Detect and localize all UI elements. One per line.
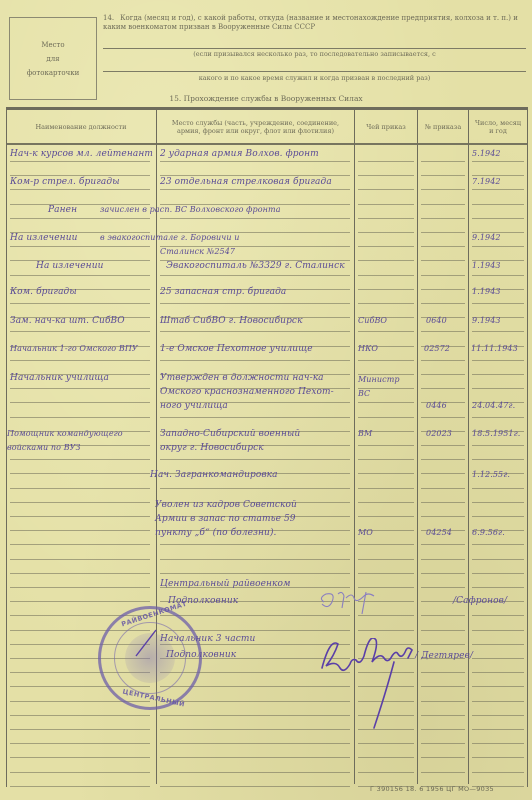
cell-order-number: 0640 xyxy=(426,316,447,326)
section-15-title: 15. Прохождение службы в Вооруженных Сил… xyxy=(0,94,532,103)
ruled-line xyxy=(358,402,414,403)
cell-whose-order: ВМ xyxy=(358,429,372,439)
chief-title: Начальник 3 части xyxy=(160,634,255,644)
cell-place: зачислен в расп. ВС Волховского фронта xyxy=(100,205,281,215)
cell-date: 11.11.1943 xyxy=(471,344,518,354)
cell-whose-order: СибВО xyxy=(358,316,387,326)
ruled-line xyxy=(421,246,465,247)
ruled-line xyxy=(10,587,150,588)
ruled-line xyxy=(10,544,150,545)
cell-date: 5.1942 xyxy=(472,149,501,159)
ruled-line xyxy=(472,275,524,276)
cell-order-number: 04254 xyxy=(426,528,452,538)
cell-place: 1-е Омское Пехотное училище xyxy=(160,344,313,354)
ruled-line xyxy=(358,246,414,247)
ruled-line xyxy=(472,360,524,361)
ruled-line xyxy=(10,473,150,474)
ruled-line xyxy=(160,417,350,418)
ruled-line xyxy=(421,772,465,773)
ruled-line xyxy=(358,473,414,474)
ruled-line xyxy=(421,189,465,190)
ruled-line xyxy=(421,331,465,332)
ruled-line xyxy=(472,715,524,716)
ruled-line xyxy=(421,459,465,460)
ruled-line xyxy=(10,729,150,730)
ruled-line xyxy=(472,573,524,574)
cell-place: 25 запасная стр. бригада xyxy=(160,287,286,297)
cell-position: На излечении xyxy=(10,233,77,243)
ruled-line xyxy=(358,232,414,233)
ruled-line xyxy=(160,544,350,545)
ruled-line xyxy=(472,246,524,247)
photo-label-1: Место xyxy=(41,38,64,52)
cell-position: Ком. бригады xyxy=(10,287,77,297)
ruled-line xyxy=(160,488,350,489)
ruled-line xyxy=(472,743,524,744)
cell-date: 6.9.56г. xyxy=(472,528,505,538)
ruled-line xyxy=(472,544,524,545)
ruled-line xyxy=(10,161,150,162)
commissar-name: /Сафронов/ xyxy=(453,596,507,606)
ruled-line xyxy=(472,686,524,687)
ruled-line xyxy=(160,161,350,162)
ruled-line xyxy=(421,232,465,233)
fill-line-2 xyxy=(103,71,526,72)
ruled-line xyxy=(10,502,150,503)
ruled-line xyxy=(421,488,465,489)
ruled-line xyxy=(472,374,524,375)
ruled-line xyxy=(472,445,524,446)
ruled-line xyxy=(472,488,524,489)
chief-name: / Дегтярев/ xyxy=(415,651,473,661)
cell-date: 1.1943 xyxy=(472,287,501,297)
cell-place: Армии в запас по статье 59 xyxy=(155,514,296,524)
ruled-line xyxy=(472,502,524,503)
ruled-line xyxy=(421,757,465,758)
ruled-line xyxy=(160,459,350,460)
ruled-line xyxy=(160,559,350,560)
cell-date: 18.5.1951г. xyxy=(472,429,520,439)
ruled-line xyxy=(358,544,414,545)
ruled-line xyxy=(472,516,524,517)
ruled-line xyxy=(358,445,414,446)
cell-position: Начальник училища xyxy=(10,373,109,383)
ruled-line xyxy=(358,417,414,418)
ruled-line xyxy=(472,388,524,389)
ruled-line xyxy=(10,402,150,403)
cell-place: 2 ударная армия Волхов. фронт xyxy=(160,149,319,159)
cell-place: округ г. Новосибирск xyxy=(160,443,264,453)
ruled-line xyxy=(421,417,465,418)
ruled-line xyxy=(472,587,524,588)
ruled-line xyxy=(472,757,524,758)
ruled-line xyxy=(160,757,350,758)
ruled-line xyxy=(421,218,465,219)
ruled-line xyxy=(421,445,465,446)
ruled-line xyxy=(472,161,524,162)
chief-rank: Подполковник xyxy=(166,650,236,660)
ruled-line xyxy=(10,516,150,517)
header-position: Наименование должности xyxy=(6,110,156,143)
ruled-line xyxy=(160,743,350,744)
cell-position: Зам. нач-ка шт. СибВО xyxy=(10,316,125,326)
ruled-line xyxy=(421,388,465,389)
ruled-line xyxy=(358,360,414,361)
cell-place: Уволен из кадров Советской xyxy=(155,500,297,510)
ruled-line xyxy=(472,204,524,205)
header-date: Число, месяц и год xyxy=(469,110,527,143)
ruled-line xyxy=(358,189,414,190)
ruled-line xyxy=(358,488,414,489)
cell-date: 7.1942 xyxy=(472,177,501,187)
ruled-line xyxy=(421,275,465,276)
ruled-line xyxy=(472,729,524,730)
ruled-line xyxy=(10,757,150,758)
header-whose-order: Чей приказ xyxy=(355,110,417,143)
ruled-line xyxy=(421,360,465,361)
table-header-border xyxy=(6,143,527,145)
cell-position: Нач-к курсов мл. лейтенант xyxy=(10,149,153,159)
cell-whose-order: МО xyxy=(358,528,373,538)
column-divider-col-4-5 xyxy=(468,107,469,784)
ruled-line xyxy=(160,189,350,190)
ruled-line xyxy=(10,488,150,489)
ruled-line xyxy=(472,303,524,304)
header-order-number: № приказа xyxy=(418,110,468,143)
cell-place: 23 отдельная стрелковая бригада xyxy=(160,177,332,187)
column-divider-col-right xyxy=(527,107,528,787)
ruled-line xyxy=(421,161,465,162)
ruled-line xyxy=(10,601,150,602)
cell-place: в эвакогоспитале г. Боровичи и xyxy=(100,233,239,243)
header-place: Место службы (часть, учреждение, соедине… xyxy=(157,110,354,143)
ruled-line xyxy=(358,303,414,304)
ruled-line xyxy=(472,658,524,659)
ruled-line xyxy=(10,360,150,361)
stamp-slash-icon xyxy=(130,628,160,658)
ruled-line xyxy=(358,743,414,744)
ruled-line xyxy=(10,743,150,744)
ruled-line xyxy=(472,417,524,418)
cell-position: Начальник 1-го Омского ВПУ xyxy=(10,344,138,354)
ruled-line xyxy=(472,559,524,560)
ruled-line xyxy=(10,388,150,389)
cell-date: 9.1942 xyxy=(472,233,501,243)
cell-order-number: 02572 xyxy=(424,344,450,354)
cell-date: 1.12.55г. xyxy=(472,470,510,480)
ruled-line xyxy=(472,189,524,190)
ruled-line xyxy=(472,331,524,332)
ruled-line xyxy=(421,587,465,588)
cell-position: На излечении xyxy=(36,261,103,271)
ruled-line xyxy=(10,715,150,716)
ruled-line xyxy=(160,772,350,773)
ruled-line xyxy=(421,374,465,375)
chief-signature-icon xyxy=(318,638,428,734)
ruled-line xyxy=(472,772,524,773)
cell-place: Эвакогоспиталь №3329 г. Сталинск xyxy=(166,261,345,271)
ruled-line xyxy=(10,459,150,460)
question-14-note-1: (если призывался несколько раз, то после… xyxy=(103,50,526,58)
cell-place: Нач. Загранкомандировка xyxy=(150,470,278,480)
ruled-line xyxy=(358,502,414,503)
ruled-line xyxy=(421,502,465,503)
ruled-line xyxy=(421,630,465,631)
commissar-rank: Подполковник xyxy=(168,596,238,606)
cell-place: пункту „б“ (по болезни). xyxy=(155,528,277,538)
photo-label-3: фотокарточки xyxy=(27,66,80,80)
ruled-line xyxy=(421,573,465,574)
ruled-line xyxy=(10,786,150,787)
ruled-line xyxy=(421,289,465,290)
photo-label-2: для xyxy=(46,52,59,66)
cell-place: Штаб СибВО г. Новосибирск xyxy=(160,316,303,326)
commissar-signature-icon xyxy=(318,584,408,624)
fill-line-1 xyxy=(103,48,526,49)
ruled-line xyxy=(358,459,414,460)
ruled-line xyxy=(160,360,350,361)
ruled-line xyxy=(10,573,150,574)
cell-date: 9.1943 xyxy=(472,316,501,326)
cell-order-number: 02023 xyxy=(426,429,452,439)
ruled-line xyxy=(421,516,465,517)
cell-position: Ком-р стрел. бригады xyxy=(10,177,120,187)
ruled-line xyxy=(421,615,465,616)
cell-place: Омского краснознаменного Пехот- xyxy=(160,387,334,397)
cell-whose-order: Министр ВС xyxy=(358,373,408,401)
ruled-line xyxy=(358,630,414,631)
ruled-line xyxy=(358,289,414,290)
cell-place: Западно-Сибирский военный xyxy=(160,429,300,439)
ruled-line xyxy=(358,204,414,205)
ruled-line xyxy=(160,175,350,176)
ruled-line xyxy=(10,772,150,773)
ruled-line xyxy=(472,672,524,673)
ruled-line xyxy=(472,218,524,219)
ruled-line xyxy=(421,473,465,474)
ruled-line xyxy=(160,573,350,574)
ruled-line xyxy=(358,218,414,219)
ruled-line xyxy=(10,275,150,276)
question-14: 14.Когда (месяц и год), с какой работы, … xyxy=(103,14,523,32)
ruled-line xyxy=(10,189,150,190)
ruled-line xyxy=(10,175,150,176)
cell-place: ного училища xyxy=(160,401,228,411)
photo-placeholder-box: Место для фотокарточки xyxy=(9,17,97,100)
ruled-line xyxy=(10,559,150,560)
ruled-line xyxy=(358,757,414,758)
ruled-line xyxy=(358,260,414,261)
ruled-line xyxy=(472,615,524,616)
cell-whose-order: НКО xyxy=(358,344,378,354)
ruled-line xyxy=(472,175,524,176)
cell-position: войсками по ВУЗ xyxy=(7,443,81,453)
cell-position: Ранен xyxy=(48,205,77,215)
ruled-line xyxy=(358,772,414,773)
print-footer-code: Г 390156 18. 6 1956 ЦГ МО—9035 xyxy=(370,785,494,793)
cell-position: Помощник командующего xyxy=(7,429,123,439)
ruled-line xyxy=(358,573,414,574)
ruled-line xyxy=(421,260,465,261)
ruled-line xyxy=(421,204,465,205)
ruled-line xyxy=(358,175,414,176)
ruled-line xyxy=(421,743,465,744)
ruled-line xyxy=(10,303,150,304)
cell-place: Утвержден в должности нач-ка xyxy=(160,373,324,383)
ruled-line xyxy=(358,559,414,560)
ruled-line xyxy=(358,516,414,517)
ruled-line xyxy=(358,275,414,276)
cell-order-number: 0446 xyxy=(426,401,447,411)
question-14-number: 14. xyxy=(103,14,114,22)
ruled-line xyxy=(10,246,150,247)
cell-date: 1.1943 xyxy=(472,261,501,271)
ruled-line xyxy=(10,331,150,332)
ruled-line xyxy=(10,218,150,219)
cell-date: 24.04.47г. xyxy=(472,401,515,411)
ruled-line xyxy=(472,644,524,645)
ruled-line xyxy=(160,275,350,276)
ruled-line xyxy=(421,544,465,545)
ruled-line xyxy=(358,161,414,162)
cell-place: Сталинск №2547 xyxy=(160,247,235,257)
question-14-text: Когда (месяц и год), с какой работы, отк… xyxy=(103,14,518,31)
question-14-note-2: какого и по какое время служил и когда п… xyxy=(103,74,526,82)
ruled-line xyxy=(472,459,524,460)
commissariat-title: Центральный райвоенком xyxy=(160,579,291,589)
ruled-line xyxy=(160,786,350,787)
ruled-line xyxy=(358,331,414,332)
ruled-line xyxy=(472,630,524,631)
ruled-line xyxy=(421,303,465,304)
ruled-line xyxy=(10,530,150,531)
ruled-line xyxy=(421,559,465,560)
ruled-line xyxy=(160,331,350,332)
ruled-line xyxy=(421,175,465,176)
ruled-line xyxy=(472,701,524,702)
ruled-line xyxy=(160,303,350,304)
ruled-line xyxy=(160,218,350,219)
ruled-line xyxy=(10,417,150,418)
